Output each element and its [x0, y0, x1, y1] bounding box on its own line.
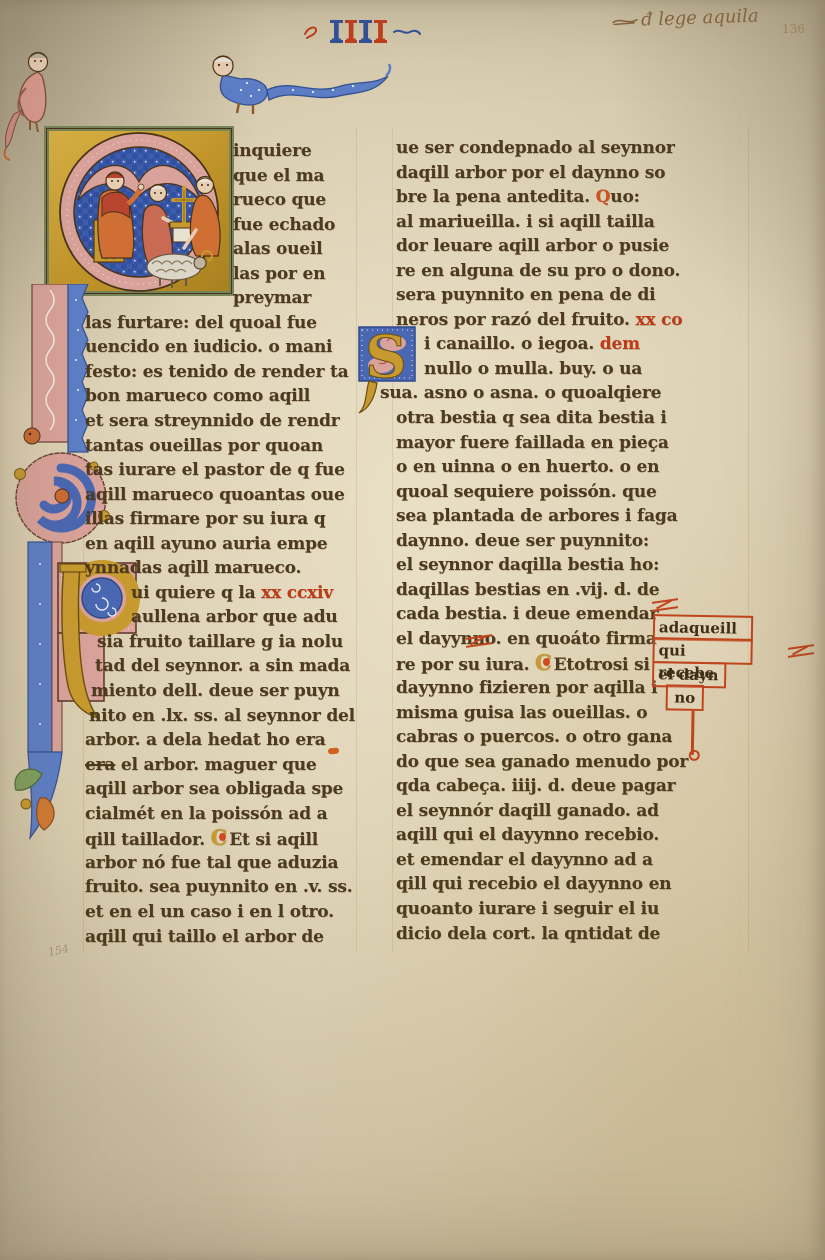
text-line: rueco que — [233, 188, 357, 213]
text-line: aullena arbor que adu — [131, 605, 357, 630]
note-box-line: adaqueill — [653, 614, 753, 642]
numeral-i: I — [330, 20, 343, 43]
text-line: qill qui recebio el dayynno en — [396, 872, 748, 897]
text-line: fruito. sea puynnito en .v. ss. — [85, 875, 357, 900]
text-line: arbor nó fue tal que aduzia — [85, 851, 357, 876]
text-line: al mariueilla. i si aqill tailla — [396, 210, 748, 235]
text-line: qill taillador. CEt si aqill — [85, 826, 357, 851]
text-line: otra bestia q sea dita bestia i — [396, 406, 748, 431]
text-line: alas oueil — [233, 237, 357, 262]
text-line: tad del seynnor. a sin mada — [95, 654, 357, 679]
text-line: miento dell. deue ser puyn — [91, 679, 357, 704]
text-line: en aqill ayuno auria empe — [85, 532, 357, 557]
text-line: quoanto iurare i seguir el iu — [396, 897, 748, 922]
text-line: arbor. a dela hedat ho era — [85, 728, 357, 753]
correction-mark-icon — [652, 600, 678, 610]
inscription-text: đ lege aquila — [641, 5, 759, 30]
text-line: tantas oueillas por quoan — [85, 434, 357, 459]
text-line: fue echado — [233, 213, 357, 238]
blue-dragon-hybrid-icon — [193, 50, 393, 135]
text-line: nullo o mulla. buy. o ua — [424, 357, 748, 382]
text-line: re en alguna de su pro o dono. — [396, 259, 748, 284]
text-column-right: ue ser condepnado al seynnordaqill arbor… — [396, 136, 748, 946]
text-line: uencido en iudicio. o mani — [85, 335, 357, 360]
text-line: las por en — [233, 262, 357, 287]
text-line: bon marueco como aqill — [85, 384, 357, 409]
numeral-i: I — [374, 20, 387, 43]
marginal-inscription: đ lege aquila — [612, 5, 759, 31]
text-line: era el arbor. maguer que — [85, 753, 357, 778]
text-line: ui quiere q la xx ccxiv — [131, 581, 357, 606]
blue-flourish-icon — [392, 26, 422, 38]
text-line: o en uinna o en huerto. o en — [396, 455, 748, 480]
text-line: preymar — [233, 286, 357, 311]
text-line: sea plantada de arbores i faga — [396, 504, 748, 529]
text-line: bre la pena antedita. Quo: — [396, 185, 748, 210]
text-line: cialmét en la poissón ad a — [85, 802, 357, 827]
text-line: qda cabeça. iiij. d. deue pagar — [396, 774, 748, 799]
pencil-mark: 154 — [47, 942, 70, 959]
text-line: et sera streynnido de rendr — [85, 409, 357, 434]
text-line: aqill arbor sea obligada spe — [85, 777, 357, 802]
text-line: daqill arbor por el daynno so — [396, 161, 748, 186]
text-line: illas firmare por su iura q — [85, 507, 357, 532]
chapter-numeral: I I I I — [299, 20, 426, 43]
text-line: sera puynnito en pena de di — [396, 283, 748, 308]
ruling-line — [392, 128, 393, 952]
correction-mark-icon — [466, 636, 492, 646]
marginal-note-box: adaqueill qui recebe el dayn no — [651, 616, 753, 756]
text-line: mayor fuere faillada en pieça — [396, 431, 748, 456]
text-line: aqill qui el dayynno recebio. — [396, 823, 748, 848]
text-line: et emendar el dayynno ad a — [396, 848, 748, 873]
text-line: i canaillo. o iegoa. dem — [424, 332, 748, 357]
text-column-left: inquiereque el marueco quefue echadoalas… — [85, 139, 357, 949]
text-line: que el ma — [233, 164, 357, 189]
text-line: dor leuare aqill arbor o pusie — [396, 234, 748, 259]
text-line: el seynnor daqilla bestia ho: — [396, 553, 748, 578]
text-line: festo: es tenido de render ta — [85, 360, 357, 385]
text-line: el seynnór daqill ganado. ad — [396, 799, 748, 824]
note-box-line: el dayn — [652, 661, 726, 688]
text-line: sia fruito taillare g ia nolu — [97, 630, 357, 655]
ruling-line — [748, 128, 749, 952]
pen-flourish-icon — [612, 15, 638, 26]
text-line: nito en .lx. ss. al seynnor del — [89, 704, 357, 729]
text-line: sua. asno o asna. o quoalqiere — [380, 381, 748, 406]
text-line: las furtare: del quoal fue — [85, 311, 357, 336]
text-line: aqill qui taillo el arbor de — [85, 925, 357, 950]
numeral-i: I — [345, 20, 358, 43]
numeral-i: I — [359, 20, 372, 43]
red-flourish-icon — [303, 24, 325, 40]
folio-number: 136 — [782, 22, 805, 36]
text-line: ue ser condepnado al seynnor — [396, 136, 748, 161]
text-line: quoal sequiere poissón. que — [396, 480, 748, 505]
note-box-stem-icon — [691, 711, 695, 755]
text-line: dicio dela cort. la qntidat de — [396, 922, 748, 947]
note-box-line: no — [666, 684, 704, 711]
text-line: inquiere — [233, 139, 357, 164]
text-line: daqillas bestias en .vij. d. de — [396, 578, 748, 603]
text-line: et en el un caso i en l otro. — [85, 900, 357, 925]
text-line: tas iurare el pastor de q fue — [85, 458, 357, 483]
correction-mark-icon — [788, 646, 814, 656]
text-line: ynnadas aqill marueco. — [85, 556, 357, 581]
text-line: neros por razó del fruito. xx co — [396, 308, 748, 333]
text-line: daynno. deue ser puynnito: — [396, 529, 748, 554]
manuscript-page: I I I I đ lege aquila 136 — [0, 0, 825, 1260]
text-line: aqill marueco quoantas oue — [85, 483, 357, 508]
